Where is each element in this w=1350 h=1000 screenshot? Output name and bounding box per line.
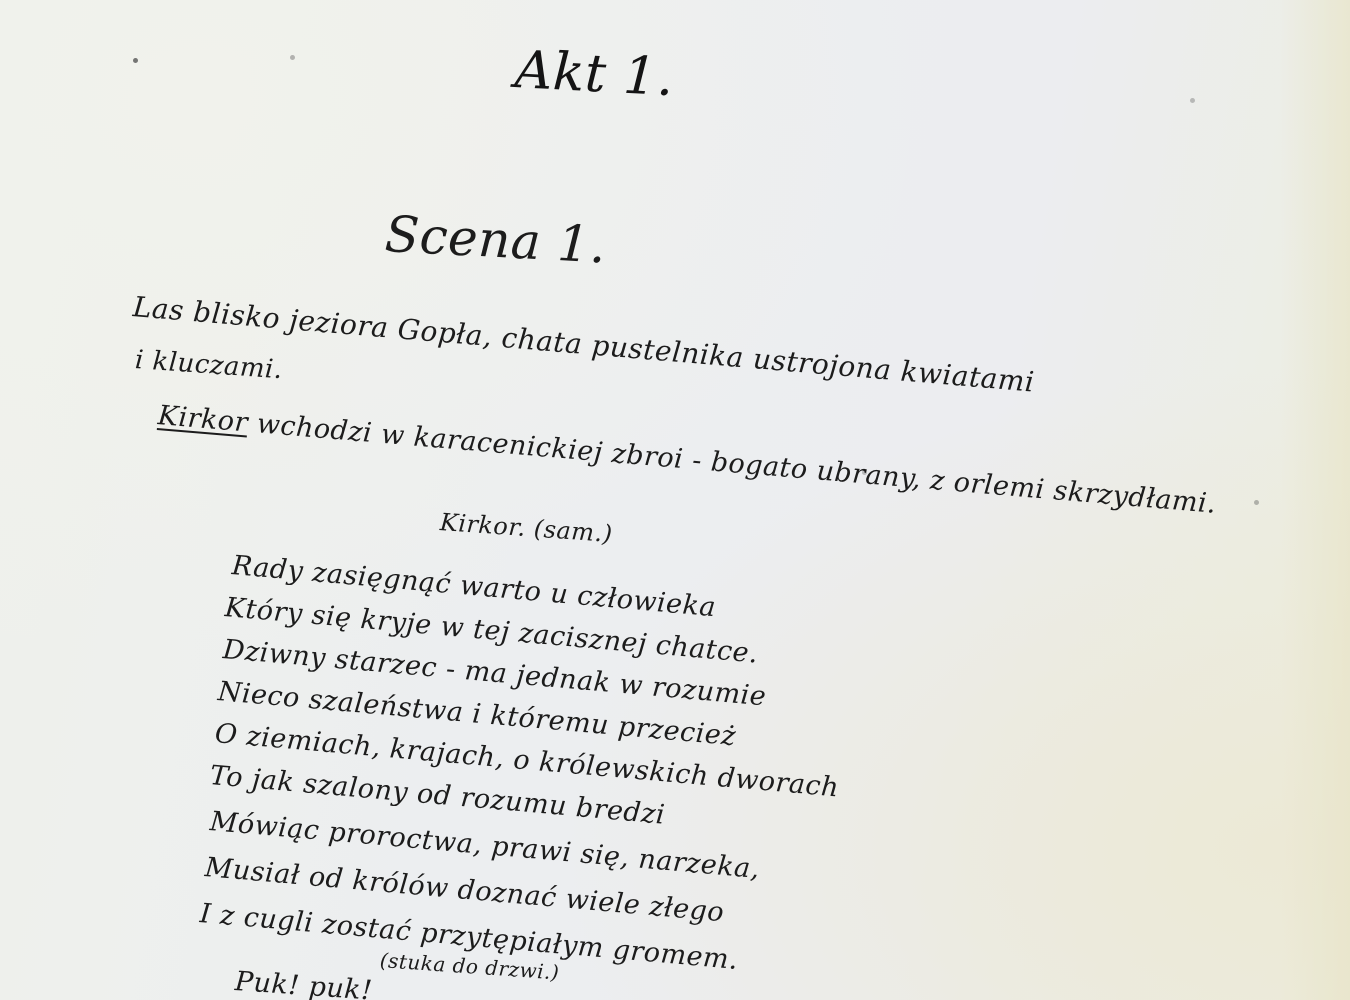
character-name-kirkor: Kirkor	[157, 400, 250, 438]
ink-speck	[133, 58, 138, 63]
stage-direction-line-2: i kluczami.	[134, 345, 284, 385]
ink-speck	[1190, 98, 1195, 103]
verse-line-partial: Puk! puk!	[234, 966, 374, 1000]
ink-speck	[290, 55, 295, 60]
page-edge-shading	[1280, 0, 1350, 1000]
manuscript-page: Akt 1. Scena 1. Las blisko jeziora Gopła…	[0, 0, 1350, 1000]
stage-direction-text: wchodzi w karacenickiej zbroi - bogato u…	[256, 408, 1218, 519]
scene-title: Scena 1.	[383, 205, 607, 275]
act-title: Akt 1.	[513, 40, 675, 108]
stage-direction-line-3: Kirkor wchodzi w karacenickiej zbroi - b…	[157, 400, 1218, 520]
ink-speck	[1254, 500, 1259, 505]
speaker-heading: Kirkor. (sam.)	[439, 508, 613, 548]
